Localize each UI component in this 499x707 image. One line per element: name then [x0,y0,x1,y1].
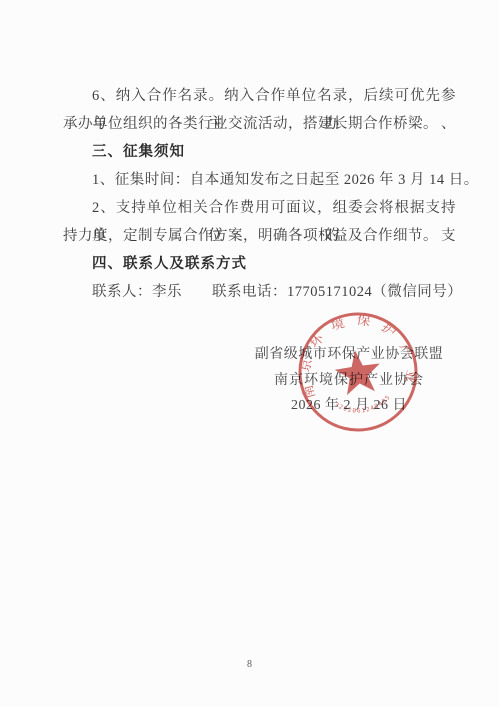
section-heading-four: 四、联系人及联系方式 [63,250,456,278]
section-heading-three: 三、征集须知 [63,138,456,166]
page-number: 8 [0,659,499,670]
signature-org-alliance: 副省级城市环保产业协会联盟 [253,341,445,368]
contact-line: 联系人：李乐 联系电话：17705171024（微信同号） [63,278,456,306]
body-line: 承办单位组织的各类行业交流活动，搭建长期合作桥梁。 [63,110,456,138]
signature-org-association: 南京环境保护产业协会 [253,368,445,394]
body-line: 6、纳入合作名录。纳入合作单位名录，后续可优先参与主办、 [63,82,456,110]
document-page: 6、纳入合作名录。纳入合作单位名录，后续可优先参与主办、 承办单位组织的各类行业… [0,0,499,707]
body-line: 1、征集时间：自本通知发布之日起至 2026 年 3 月 14 日。 [63,166,456,194]
body-line: 2、支持单位相关合作费用可面议，组委会将根据支持单位的支 [63,194,456,222]
body-line: 持力度，定制专属合作方案，明确各项权益及合作细节。 [63,222,456,250]
signature-date: 2026 年 2 月 26 日 [253,394,445,417]
signature-block: 副省级城市环保产业协会联盟 南京环境保护产业协会 2026 年 2 月 26 日 [253,341,445,417]
document-body: 6、纳入合作名录。纳入合作单位名录，后续可优先参与主办、 承办单位组织的各类行业… [63,82,456,306]
